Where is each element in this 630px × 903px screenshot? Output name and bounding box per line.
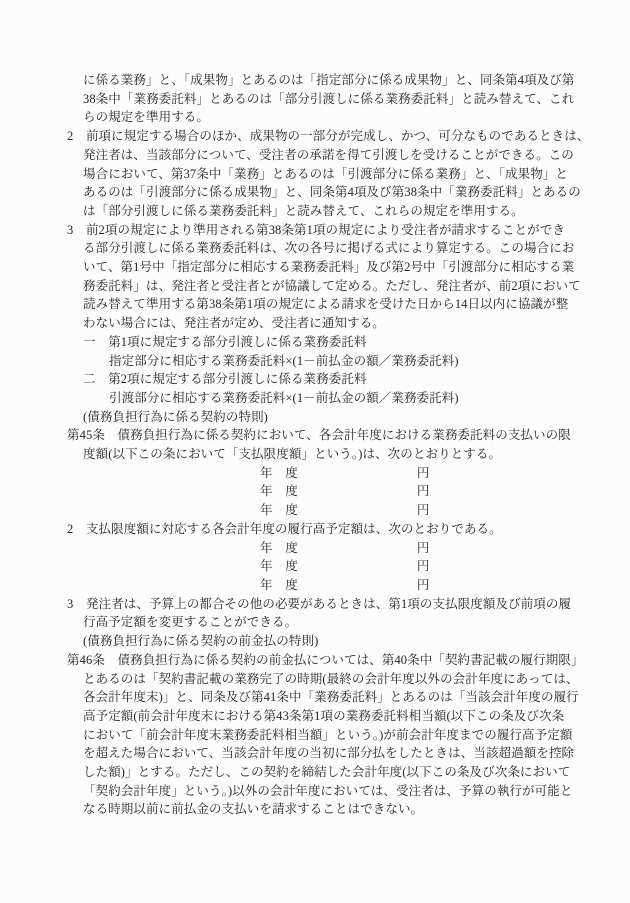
document-line: 場合において、第37条中「業務」とあるのは「引渡部分に係る業務」と、「成果物」と	[83, 165, 574, 184]
performance-estimate-row: 年 度円	[260, 539, 574, 558]
formula-line: 引渡部分に相応する業務委託料×(1－前払金の額／業務委託料)	[109, 389, 574, 408]
fiscal-year-label: 年 度	[260, 503, 298, 517]
item-1-line: 一 第1項に規定する部分引渡しに係る業務委託料	[83, 333, 574, 352]
payment-limit-row: 年 度円	[260, 464, 574, 483]
document-line: 発注者は、当該部分について、受注者の承諾を得て引渡しを受けることができる。この	[83, 146, 574, 165]
document-line: した額)」とする。ただし、この契約を締結した会計年度(以下この条及び次条において	[83, 763, 574, 782]
document-line: らの規定を準用する。	[83, 108, 574, 127]
document-line: 務委託料」は、発注者と受注者とが協議して定める。ただし、発注者が、前2項において	[83, 277, 574, 296]
clause-3-line: 3 前2項の規定により準用される第38条第1項の規定により受注者が請求することが…	[67, 221, 574, 240]
document-line: 度額(以下この条において「支払限度額」という。)は、次のとおりとする。	[83, 445, 574, 464]
document-line: 読み替えて準用する第38条第1項の規定による請求を受けた日から14日以内に協議が…	[83, 295, 574, 314]
document-line: に係る業務」と、「成果物」とあるのは「指定部分に係る成果物」と、同条第4項及び第	[83, 71, 574, 90]
document-line: あるのは「引渡部分に係る成果物」と、同条第4項及び第38条中「業務委託料」とある…	[83, 183, 574, 202]
document-page: に係る業務」と、「成果物」とあるのは「指定部分に係る成果物」と、同条第4項及び第…	[0, 0, 630, 903]
yen-label: 円	[417, 464, 430, 483]
article-46-line: 第46条 債務負担行為に係る契約の前金払については、第40条中「契約書記載の履行…	[67, 651, 574, 670]
yen-label: 円	[417, 557, 430, 576]
document-line: 「契約会計年度」という。)以外の会計年度においては、受注者は、予算の執行が可能と	[83, 782, 574, 801]
clause-3-line: 3 発注者は、予算上の都合その他の必要があるときは、第1項の支払限度額及び前項の…	[67, 595, 574, 614]
performance-estimate-row: 年 度円	[260, 576, 574, 595]
yen-label: 円	[417, 576, 430, 595]
formula-line: 指定部分に相応する業務委託料×(1－前払金の額／業務委託料)	[109, 352, 574, 371]
document-line: 38条中「業務委託料」とあるのは「部分引渡しに係る業務委託料」と読み替えて、これ	[83, 90, 574, 109]
article-45-line: 第45条 債務負担行為に係る契約において、各会計年度における業務委託料の支払いの…	[67, 426, 574, 445]
fiscal-year-label: 年 度	[260, 541, 298, 555]
fiscal-year-label: 年 度	[260, 466, 298, 480]
clause-2-line: 2 前項に規定する場合のほか、成果物の一部分が完成し、かつ、可分なものであるとき…	[67, 127, 574, 146]
document-line: 高予定額(前会計年度末における第43条第1項の業務委託料相当額(以下この条及び次…	[83, 707, 574, 726]
document-line: とあるのは「契約書記載の業務完了の時期(最終の会計年度以外の会計年度にあっては、	[83, 670, 574, 689]
performance-estimate-row: 年 度円	[260, 557, 574, 576]
clause-2-line: 2 支払限度額に対応する各会計年度の履行高予定額は、次のとおりである。	[67, 520, 574, 539]
document-line: は「部分引渡しに係る業務委託料」と読み替えて、これらの規定を準用する。	[83, 202, 574, 221]
fiscal-year-label: 年 度	[260, 559, 298, 573]
item-2-line: 二 第2項に規定する部分引渡しに係る業務委託料	[83, 370, 574, 389]
fiscal-year-label: 年 度	[260, 484, 298, 498]
fiscal-year-label: 年 度	[260, 578, 298, 592]
yen-label: 円	[417, 539, 430, 558]
section-heading: (債務負担行為に係る契約の前金払の特則)	[83, 632, 574, 651]
payment-limit-row: 年 度円	[260, 501, 574, 520]
yen-label: 円	[417, 482, 430, 501]
document-line: 行高予定額を変更することができる。	[83, 613, 574, 632]
section-heading: (債務負担行為に係る契約の特則)	[83, 408, 574, 427]
document-line: る部分引渡しに係る業務委託料は、次の各号に掲げる式により算定する。この場合にお	[83, 239, 574, 258]
document-line: 各会計年度末)」と、同条及び第41条中「業務委託料」とあるのは「当該会計年度の履…	[83, 688, 574, 707]
document-line: いて、第1号中「指定部分に相応する業務委託料」及び第2号中「引渡部分に相応する業	[83, 258, 574, 277]
payment-limit-row: 年 度円	[260, 482, 574, 501]
document-line: わない場合には、発注者が定め、受注者に通知する。	[83, 314, 574, 333]
document-line: なる時期以前に前払金の支払いを請求することはできない。	[83, 800, 574, 819]
yen-label: 円	[417, 501, 430, 520]
document-line: を超えた場合において、当該会計年度の当初に部分払をしたときは、当該超過額を控除	[83, 744, 574, 763]
document-line: において「前会計年度末業務委託料相当額」という。)が前会計年度までの履行高予定額	[83, 726, 574, 745]
